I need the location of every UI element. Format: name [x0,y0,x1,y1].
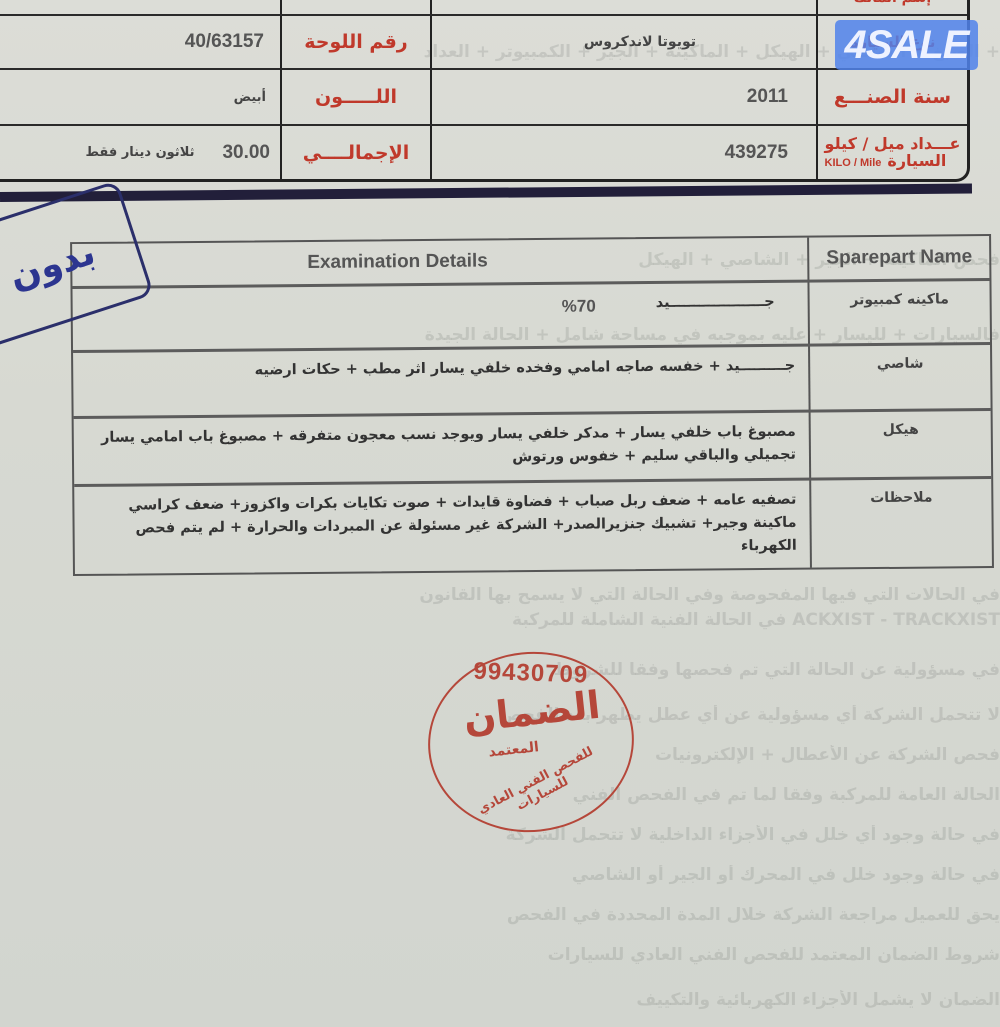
bleed-through-text: الضمان لا يشمل الأجزاء الكهربائية والتكي… [0,990,1000,1010]
bleed-through-text: يحق للعميل مراجعة الشركة خلال المدة المح… [0,905,1000,925]
red-company-stamp: 99430709 الضمان المعتمد للفحص الفني العا… [419,642,643,843]
stamp-company-name: الضمان [455,682,609,741]
inspection-report-page: + الصبغ + الشاصي + الهيكل + الماكينة + ا… [0,0,1000,1027]
part-detail: مصبوغ باب خلفي يسار + مدكر خلفي يسار ويو… [84,413,807,484]
odometer-value-cell: 439275 [432,126,816,179]
total-value-cell: 30.00 ثلاثون دينار فقط [0,126,280,179]
odometer-label: عـــداد ميل / كيلو السيارة KILO / Mile [825,136,961,170]
model-value-cell: تويوتا لاندكروس [432,16,816,68]
total-label-cell: الإجمالــــي [282,126,430,179]
odometer-label-cell: عـــداد ميل / كيلو السيارة KILO / Mile [818,126,967,179]
bleed-through-text: ACKXIST - TRACKXIST في الحالة الفنية الش… [0,610,1000,630]
color-value-cell: أبيض [0,70,280,124]
examination-details-header: Examination Details [72,238,807,286]
plate-value-cell: 40/63157 [0,16,280,68]
color-label-cell: اللـــــون [282,70,430,124]
plate-label-cell: رقم اللوحة [282,16,430,68]
year-label-cell: سنة الصنـــع [818,70,967,124]
section-divider-bar [0,184,972,202]
examination-table: Examination Details Sparepart Name ماكين… [30,228,998,576]
part-name: هيكل [811,411,992,478]
examination-table-frame: Examination Details Sparepart Name ماكين… [70,234,994,576]
stamp-subtitle: المعتمد [458,736,569,763]
examination-row-computer-engine: ماكينه كمبيوتر جـــــــــــــــــــيد %7… [72,278,990,350]
part-detail: جـــــــــــــــــــيد %70 [82,283,805,350]
sparepart-name-header: Sparepart Name [809,236,989,280]
examination-row-notes: ملاحظات تصفيه عامه + ضعف ربل صباب + فضاو… [74,476,992,566]
4sale-watermark-logo: 4SALE [835,20,978,70]
vehicle-info-table: إسم المالك 40/63157 رقم اللوحة تويوتا لا… [0,0,970,182]
year-value-cell: 2011 [432,70,816,124]
info-row-total-odometer: 30.00 ثلاثون دينار فقط الإجمالــــي 4392… [0,124,967,179]
examination-row-chassis: شاصي جـــــــــيد + خفسه صاجه امامي وفخد… [73,342,991,416]
part-detail: تصفيه عامه + ضعف ربل صباب + فضاوة قايدات… [84,481,807,566]
bleed-through-text: شروط الضمان المعتمد للفحص الفني العادي ل… [0,945,1000,965]
part-detail: جـــــــــيد + خفسه صاجه امامي وفخده خلف… [83,347,806,416]
part-name: ماكينه كمبيوتر [809,281,990,344]
info-row-color-year: أبيض اللـــــون 2011 سنة الصنـــع [0,68,967,124]
part-name: ملاحظات [811,479,992,560]
examination-row-body: هيكل مصبوغ باب خلفي يسار + مدكر خلفي يسا… [74,408,992,484]
bleed-through-text: في حالة وجود خلل في المحرك أو الجير أو ا… [0,865,1000,885]
info-row-plate-model: 40/63157 رقم اللوحة تويوتا لاندكروس نوع … [0,14,967,68]
owner-name-label-partial: إسم المالك [818,0,967,8]
bleed-through-text: في الحالات التي فيها المفحوصة وفي الحالة… [0,585,1000,605]
part-name: شاصي [810,345,991,410]
